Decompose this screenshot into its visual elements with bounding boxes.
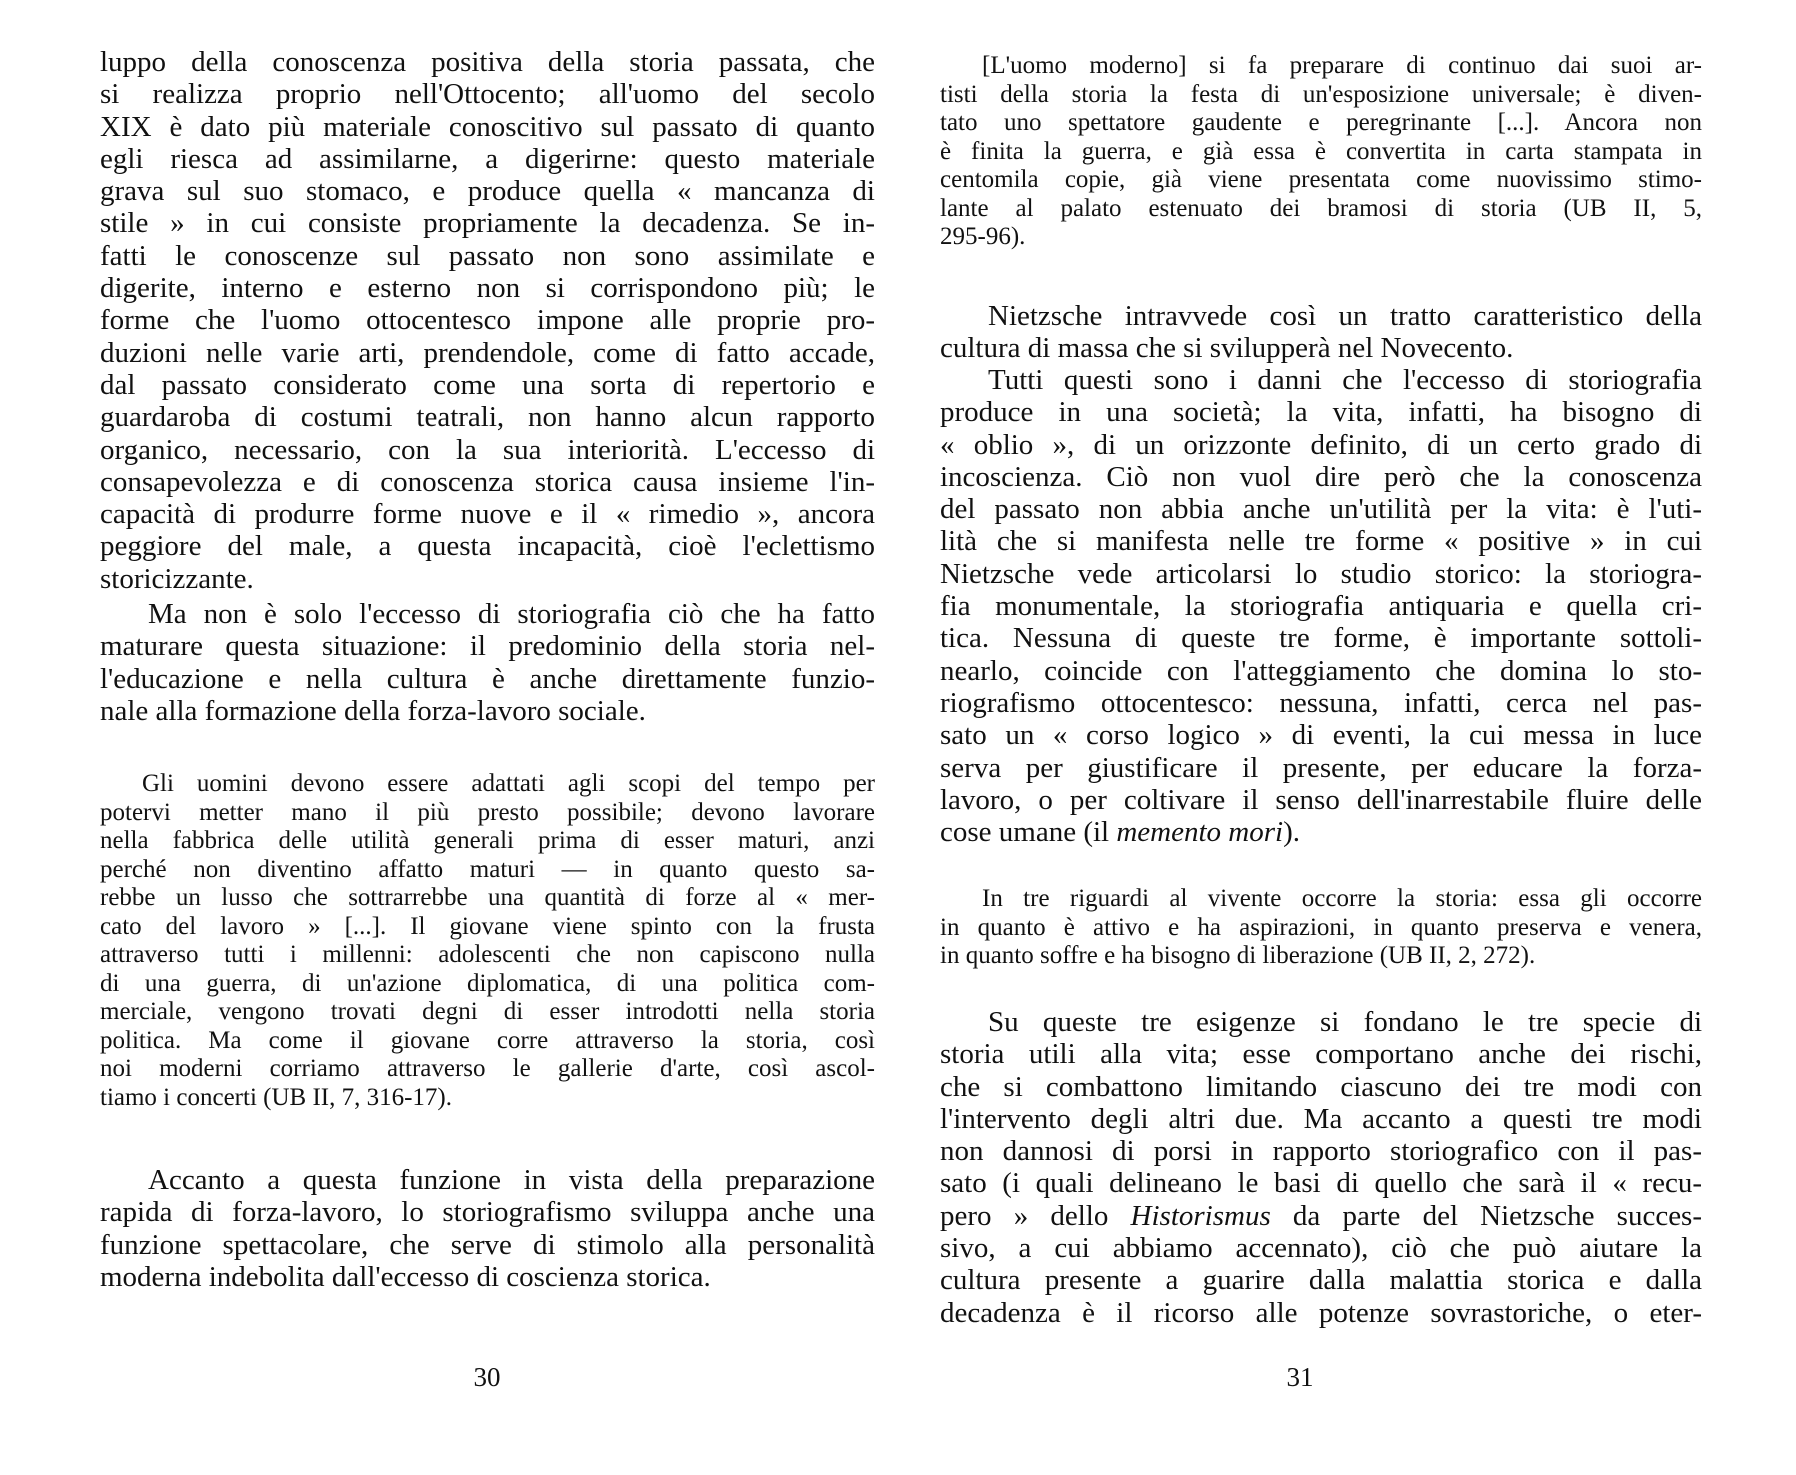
text-line: storia utili alla vita; esse comportano … (940, 1038, 1702, 1070)
text-line: incoscienza. Ciò non vuol dire però che … (940, 461, 1702, 493)
text-line: decadenza è il ricorso alle potenze sovr… (940, 1297, 1702, 1329)
page-number: 31 (1270, 1362, 1330, 1393)
text-line: non dannosi di porsi in rapporto storiog… (940, 1135, 1702, 1167)
text-line: dal passato considerato come una sorta d… (100, 369, 875, 401)
text-line: [L'uomo moderno] si fa preparare di cont… (940, 52, 1702, 81)
text-line: rebbe un lusso che sottrarrebbe una quan… (100, 884, 875, 913)
text-line: politica. Ma come il giovane corre attra… (100, 1027, 875, 1056)
text-line: l'educazione e nella cultura è anche dir… (100, 663, 875, 695)
text-fragment: cose umane (il (940, 816, 1116, 848)
text-line: Su queste tre esigenze si fondano le tre… (940, 1006, 1702, 1038)
text-line: funzione spettacolare, che serve di stim… (100, 1229, 875, 1261)
text-line: maturare questa situazione: il predomini… (100, 630, 875, 662)
text-line: digerite, interno e esterno non si corri… (100, 272, 875, 304)
text-line: Nietzsche intravvede così un tratto cara… (940, 300, 1702, 332)
text-line: serva per giustificare il presente, per … (940, 752, 1702, 784)
text-line: di una guerra, di un'azione diplomatica,… (100, 970, 875, 999)
text-line: l'intervento degli altri due. Ma accanto… (940, 1103, 1702, 1135)
text-line: tiamo i concerti (UB II, 7, 316-17). (100, 1084, 875, 1113)
text-line: tica. Nessuna di queste tre forme, è imp… (940, 622, 1702, 654)
text-line: Tutti questi sono i danni che l'eccesso … (940, 364, 1702, 396)
text-line: luppo della conoscenza positiva della st… (100, 46, 875, 78)
text-line: si realizza proprio nell'Ottocento; all'… (100, 78, 875, 110)
text-line: fatti le conoscenze sul passato non sono… (100, 240, 875, 272)
text-line: egli riesca ad assimilarne, a digerirne:… (100, 143, 875, 175)
text-line: sato un « corso logico » di eventi, la c… (940, 719, 1702, 751)
text-line: peggiore del male, a questa incapacità, … (100, 530, 875, 562)
text-line: cose umane (il memento mori). (940, 816, 1702, 848)
text-line: forme che l'uomo ottocentesco impone all… (100, 304, 875, 336)
text-line: nearlo, coincide con l'atteggiamento che… (940, 655, 1702, 687)
text-line: pero » dello Historismus da parte del Ni… (940, 1200, 1702, 1232)
text-line: tato uno spettatore gaudente e peregrina… (940, 109, 1702, 138)
right-block-quote-1: [L'uomo moderno] si fa preparare di cont… (940, 52, 1702, 252)
text-line: 295-96). (940, 223, 1702, 252)
right-block-quote-2: In tre riguardi al vivente occorre la st… (940, 885, 1702, 971)
text-line: potervi metter mano il più presto possib… (100, 799, 875, 828)
text-line: sato (i quali delineano le basi di quell… (940, 1167, 1702, 1199)
text-line: Ma non è solo l'eccesso di storiografia … (100, 598, 875, 630)
text-line: stile » in cui consiste propriamente la … (100, 207, 875, 239)
text-line: in quanto è attivo e ha aspirazioni, in … (940, 914, 1702, 943)
text-line: fia monumentale, la storiografia antiqua… (940, 590, 1702, 622)
text-line: cato del lavoro » [...]. Il giovane vien… (100, 913, 875, 942)
right-paragraph-3: Su queste tre esigenze si fondano le tre… (940, 1006, 1702, 1329)
text-line: lità che si manifesta nelle tre forme « … (940, 525, 1702, 557)
text-fragment: da parte del Nietzsche succes- (1271, 1200, 1702, 1232)
text-line: centomila copie, già viene presentata co… (940, 166, 1702, 195)
text-line: storicizzante. (100, 563, 875, 595)
text-line: lante al palato estenuato dei bramosi di… (940, 195, 1702, 224)
text-line: capacità di produrre forme nuove e il « … (100, 498, 875, 530)
text-line: in quanto soffre e ha bisogno di liberaz… (940, 942, 1702, 971)
page-number: 30 (457, 1362, 517, 1393)
text-line: grava sul suo stomaco, e produce quella … (100, 175, 875, 207)
right-paragraph-2: Tutti questi sono i danni che l'eccesso … (940, 364, 1702, 848)
text-line: tisti della storia la festa di un'esposi… (940, 81, 1702, 110)
text-line: attraverso tutti i millenni: adolescenti… (100, 941, 875, 970)
italic-term: Historismus (1131, 1200, 1271, 1232)
text-line: lavoro, o per coltivare il senso dell'in… (940, 784, 1702, 816)
left-paragraph-3: Accanto a questa funzione in vista della… (100, 1164, 875, 1293)
text-line: Nietzsche vede articolarsi lo studio sto… (940, 558, 1702, 590)
right-paragraph-1: Nietzsche intravvede così un tratto cara… (940, 300, 1702, 365)
text-line: è finita la guerra, e già essa è convert… (940, 138, 1702, 167)
text-line: sivo, a cui abbiamo accennato), ciò che … (940, 1232, 1702, 1264)
text-line: produce in una società; la vita, infatti… (940, 396, 1702, 428)
text-line: che si combattono limitando ciascuno dei… (940, 1071, 1702, 1103)
text-line: nella fabbrica delle utilità generali pr… (100, 827, 875, 856)
text-fragment: pero » dello (940, 1200, 1131, 1232)
text-line: perché non diventino affatto maturi — in… (100, 856, 875, 885)
text-line: guardaroba di costumi teatrali, non hann… (100, 401, 875, 433)
text-line: cultura di massa che si svilupperà nel N… (940, 332, 1702, 364)
text-line: organico, necessario, con la sua interio… (100, 434, 875, 466)
page-left: luppo della conoscenza positiva della st… (0, 0, 898, 1475)
left-paragraph-1: luppo della conoscenza positiva della st… (100, 46, 875, 595)
text-line: XIX è dato più materiale conoscitivo sul… (100, 111, 875, 143)
text-line: merciale, vengono trovati degni di esser… (100, 998, 875, 1027)
text-line: Gli uomini devono essere adattati agli s… (100, 770, 875, 799)
text-line: noi moderni corriamo attraverso le galle… (100, 1055, 875, 1084)
text-line: Accanto a questa funzione in vista della… (100, 1164, 875, 1196)
text-line: « oblio », di un orizzonte definito, di … (940, 429, 1702, 461)
italic-term: memento mori (1116, 816, 1283, 848)
text-line: del passato non abbia anche un'utilità p… (940, 493, 1702, 525)
text-line: cultura presente a guarire dalla malatti… (940, 1264, 1702, 1296)
left-paragraph-2: Ma non è solo l'eccesso di storiografia … (100, 598, 875, 727)
text-line: nale alla formazione della forza-lavoro … (100, 695, 875, 727)
text-line: duzioni nelle varie arti, prendendole, c… (100, 337, 875, 369)
text-line: consapevolezza e di conoscenza storica c… (100, 466, 875, 498)
text-line: moderna indebolita dall'eccesso di cosci… (100, 1261, 875, 1293)
text-line: riografismo ottocentesco: nessuna, infat… (940, 687, 1702, 719)
page-right: [L'uomo moderno] si fa preparare di cont… (898, 0, 1796, 1475)
text-line: In tre riguardi al vivente occorre la st… (940, 885, 1702, 914)
left-block-quote: Gli uomini devono essere adattati agli s… (100, 770, 875, 1112)
text-line: rapida di forza-lavoro, lo storiografism… (100, 1196, 875, 1228)
text-fragment: ). (1283, 816, 1300, 848)
